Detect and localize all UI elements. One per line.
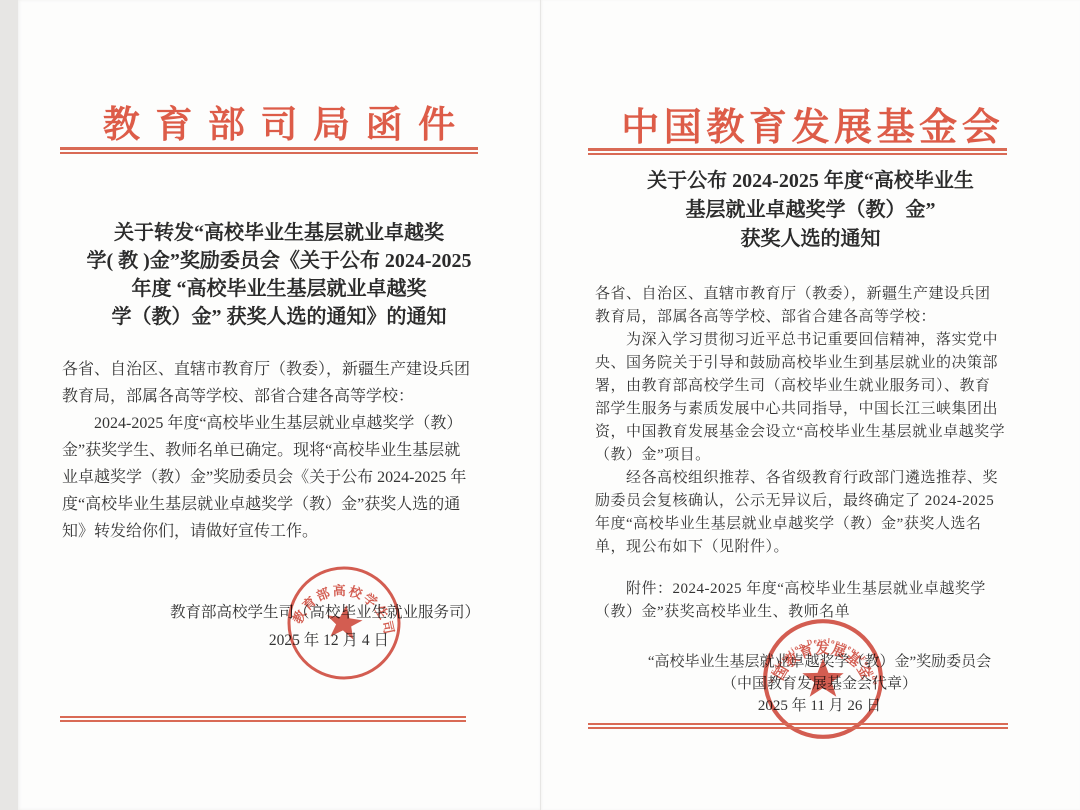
right-doc-title: 关于公布 2024-2025 年度“高校毕业生 基层就业卓越奖学（教）金” 获奖… bbox=[541, 167, 1080, 254]
scanned-documents-view: 教育部司局函件 关于转发“高校毕业生基层就业卓越奖 学( 教 )金”奖励委员会《… bbox=[0, 0, 1080, 810]
seal-star-icon bbox=[802, 658, 843, 696]
left-doc-title: 关于转发“高校毕业生基层就业卓越奖 学( 教 )金”奖励委员会《关于公布 202… bbox=[18, 219, 540, 331]
seal-star-icon bbox=[324, 603, 364, 641]
left-letterhead-divider bbox=[60, 147, 478, 154]
right-footer-divider bbox=[588, 723, 1008, 729]
left-doc-signer: 教育部高校学生司（高校毕业生就业服务司） bbox=[18, 600, 480, 622]
left-document-page: 教育部司局函件 关于转发“高校毕业生基层就业卓越奖 学( 教 )金”奖励委员会《… bbox=[18, 0, 540, 810]
right-letterhead-divider bbox=[588, 148, 1007, 155]
left-letterhead-title: 教育部司局函件 bbox=[18, 94, 540, 148]
right-letterhead-title: 中国教育发展基金会 bbox=[541, 96, 1080, 151]
left-footer-divider bbox=[60, 716, 466, 722]
right-document-page: 中国教育发展基金会 关于公布 2024-2025 年度“高校毕业生 基层就业卓越… bbox=[541, 0, 1080, 810]
left-doc-body: 各省、自治区、直辖市教育厅（教委），新疆生产建设兵团 教育局，部属各高等学校、部… bbox=[62, 356, 512, 545]
right-doc-body: 各省、自治区、直辖市教育厅（教委），新疆生产建设兵团 教育局，部属各高等学校、部… bbox=[595, 283, 1035, 559]
official-seal-icon: 教育部高校学生司 bbox=[276, 555, 412, 691]
